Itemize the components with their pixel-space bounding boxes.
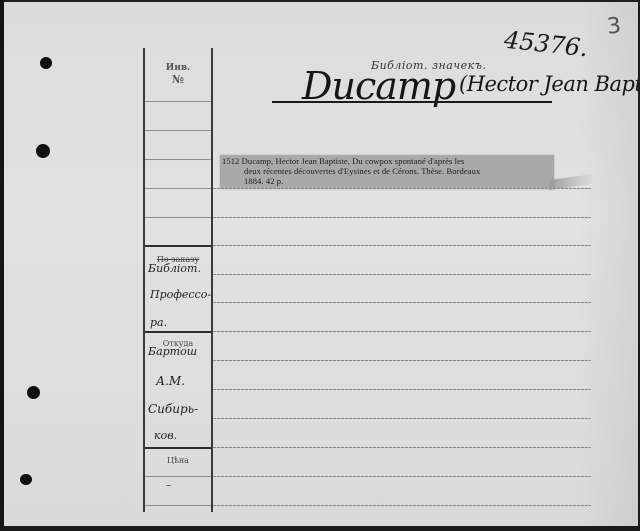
ruled-line xyxy=(213,447,591,448)
bibliographic-clipping: 1512 Ducamp, Hector Jean Baptiste, Du co… xyxy=(220,155,554,189)
ruled-line xyxy=(213,302,591,303)
price-handwriting: – xyxy=(166,480,171,491)
ruled-line xyxy=(213,505,591,506)
order-handwriting-line-2: Профессо- xyxy=(150,288,211,301)
inventory-label: Инв. № xyxy=(145,63,211,86)
ruled-line xyxy=(213,360,591,361)
source-handwriting-line-3: Сибирь- xyxy=(148,402,198,416)
column-rule xyxy=(145,159,211,160)
corner-number: 3 xyxy=(606,13,623,39)
ruled-line xyxy=(213,476,591,477)
ruled-line xyxy=(213,331,591,332)
column-rule xyxy=(145,217,211,218)
clipping-line-3: 1884. 42 p. xyxy=(244,176,283,186)
clipping-line-2: deux récentes découvertes d'Eysines et d… xyxy=(244,166,480,176)
column-rule xyxy=(145,476,211,477)
ruled-line xyxy=(213,188,591,189)
section-divider xyxy=(145,245,211,247)
source-handwriting-line-2: А.М. xyxy=(156,374,185,388)
ruled-line xyxy=(213,217,591,218)
source-handwriting-line-4: ков. xyxy=(154,429,177,442)
order-handwriting-line-1: Библіот. xyxy=(148,262,201,275)
ruled-line xyxy=(213,418,591,419)
catalog-card: Инв. № По заказу Библіот. Профессо- ра. … xyxy=(4,2,638,529)
call-number: 45376. xyxy=(503,26,589,63)
scan-edge-bottom xyxy=(0,526,640,531)
author-given-names: (Hector Jean Baptiste) xyxy=(459,72,638,96)
column-rule xyxy=(145,188,211,189)
clipping-line-1: 1512 Ducamp, Hector Jean Baptiste, Du co… xyxy=(222,156,464,166)
column-rule-right xyxy=(211,48,213,512)
column-rule xyxy=(145,130,211,131)
column-rule-left xyxy=(143,48,145,512)
ruled-line xyxy=(213,274,591,275)
heading-underline xyxy=(272,101,552,103)
section-divider xyxy=(145,331,211,333)
ruled-line xyxy=(213,245,591,246)
section-divider xyxy=(145,447,211,449)
punch-hole xyxy=(20,474,32,485)
punch-hole xyxy=(40,57,52,69)
source-handwriting-line-1: Бартош xyxy=(148,345,197,358)
column-rule xyxy=(145,505,211,506)
punch-hole xyxy=(36,144,50,158)
ruled-line xyxy=(213,389,591,390)
price-label: Цѣна xyxy=(145,456,211,465)
punch-hole xyxy=(27,386,40,399)
column-rule xyxy=(145,101,211,102)
order-handwriting-line-3: ра. xyxy=(150,316,167,329)
